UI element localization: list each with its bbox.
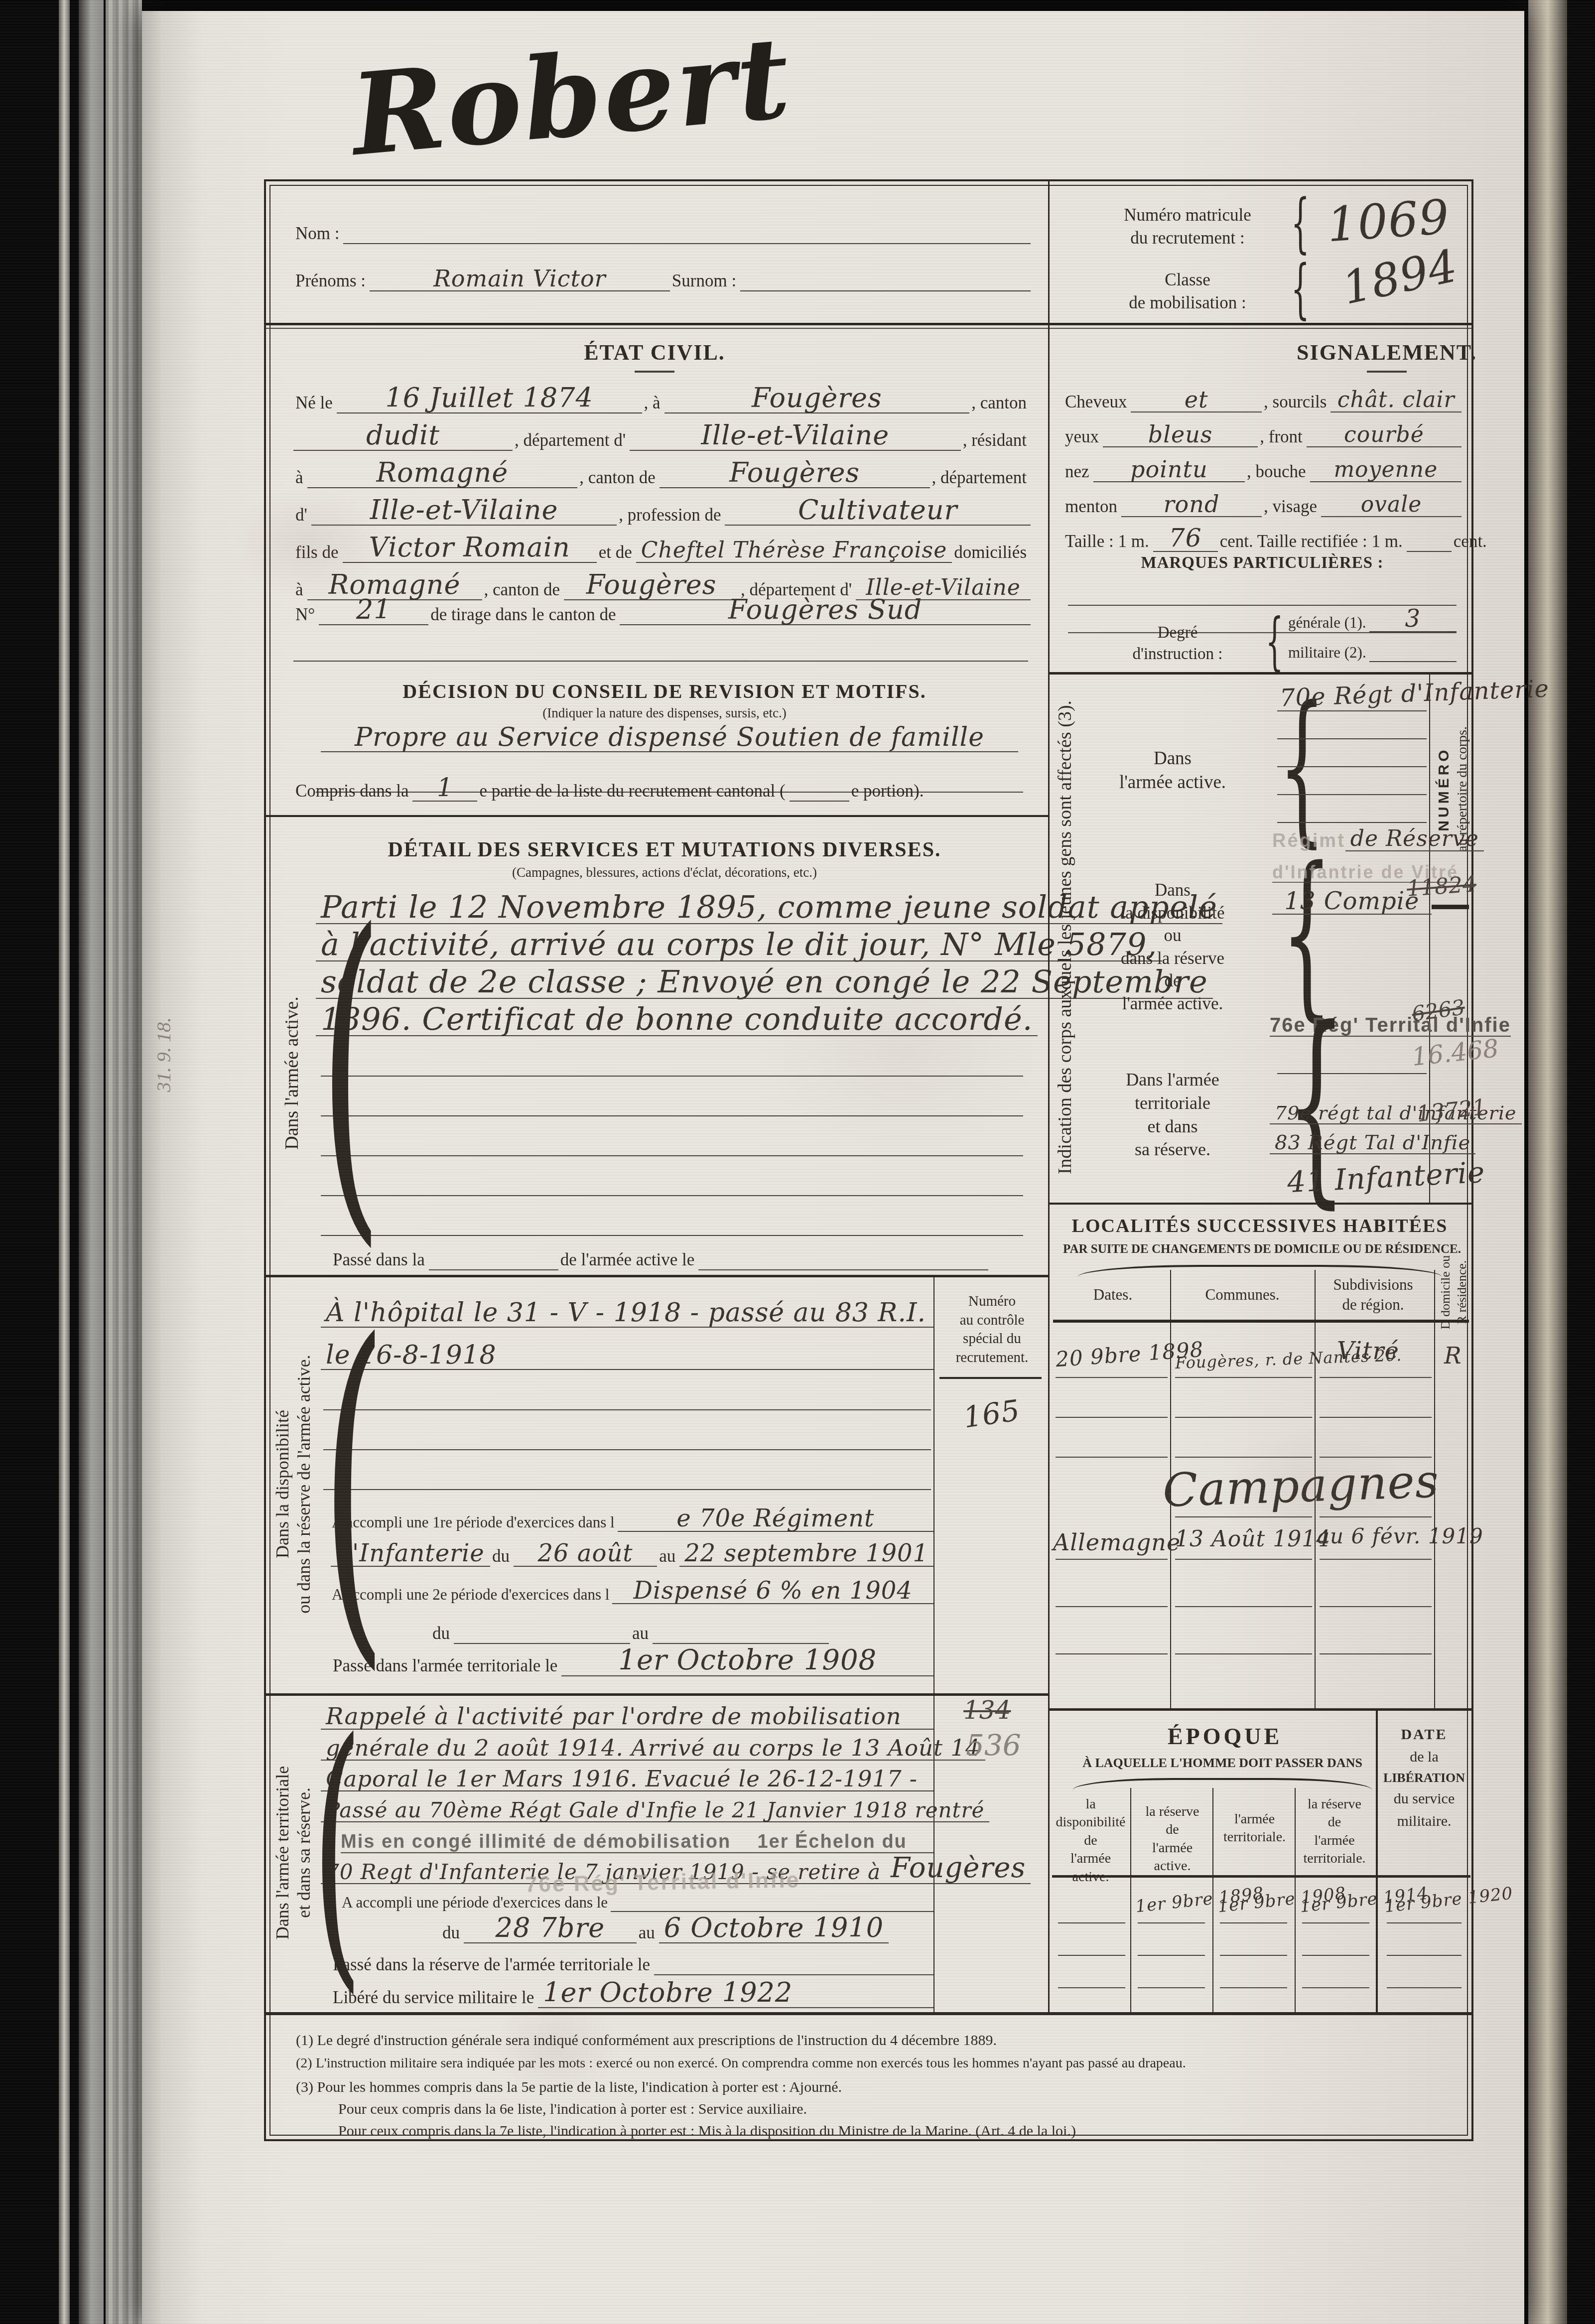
epoque-col4-l4: territoriale.	[1297, 1850, 1372, 1868]
side-label-territoriale: Dans l'armée territoriale et dans sa rés…	[272, 1706, 315, 2000]
epoque-values-line-4	[1302, 1922, 1369, 1923]
hopital-text-1: À l'hôpital le 31 - V - 1918 - passé au …	[321, 1299, 933, 1328]
periode2-value: Dispensé 6 % en 1904	[612, 1578, 933, 1604]
periode1-au-value: 22 septembre 1901	[679, 1541, 933, 1567]
birthplace-value: Fougères	[665, 384, 970, 413]
sig-row-1: Cheveux et , sourcils chât. clair	[1063, 380, 1462, 412]
rappele-text: Rappelé à l'activité par l'ordre de mobi…	[321, 1704, 933, 1730]
canton-value: dudit	[293, 421, 513, 451]
epoque-blank1-5	[1387, 1955, 1462, 1956]
main-column-divider	[1048, 181, 1050, 2012]
epoque-values-line-5	[1387, 1922, 1462, 1923]
services-line-4: 1896. Certificat de bonne conduite accor…	[316, 1003, 1023, 1036]
services-blank-3	[321, 1155, 1023, 1156]
dispo-blank-3	[323, 1489, 931, 1490]
localites-header-rule	[1053, 1320, 1469, 1323]
localites-col-dates: Dates.	[1058, 1285, 1168, 1305]
periode1-regiment: e 70e Régiment	[618, 1506, 933, 1532]
signalement-title: SIGNALEMENT.	[1237, 340, 1536, 365]
header-rule-inner	[266, 328, 1471, 329]
corps-dispo-label-4: dans la réserve	[1088, 947, 1257, 970]
passe-blank-2	[698, 1269, 988, 1270]
epoque-blank2-5	[1387, 1987, 1462, 1988]
ec-row-2: dudit , département d' Ille-et-Vilaine ,…	[293, 418, 1031, 451]
corps-active-label: Dans l'armée active.	[1088, 747, 1257, 795]
profession-value: Cultivateur	[725, 496, 1031, 526]
taille-value: 76	[1153, 525, 1218, 552]
localites-blank3-c	[1320, 1516, 1432, 1517]
residence-a-label: à	[293, 469, 307, 488]
dispo-brace: (	[321, 1297, 387, 1671]
marques-label: MARQUES PARTICULIÈRES :	[1088, 554, 1437, 572]
sig-row-5: Taille : 1 m. 76 cent. Taille rectifiée …	[1063, 519, 1462, 552]
front-label: , front	[1258, 428, 1307, 447]
subdiv-header-1: Subdivisions	[1317, 1275, 1429, 1295]
corps-active-line-3	[1277, 766, 1427, 767]
terr-periode-label: A accompli une période d'exercices dans …	[341, 1895, 611, 1912]
terr-margin-16468: 16.468	[1410, 1034, 1500, 1072]
cheveux-value: et	[1131, 388, 1262, 412]
terr-reserve-line	[654, 1974, 933, 1975]
compris-divider	[266, 815, 1048, 817]
epoque-date-divider	[1376, 1711, 1378, 2012]
services-text-4: 1896. Certificat de bonne conduite accor…	[316, 1003, 1038, 1036]
epoque-col4-l2: de	[1297, 1813, 1372, 1831]
echelon-stamp: 1er Échelon du	[731, 1832, 933, 1853]
classe-label-2: de mobilisation :	[1083, 291, 1292, 314]
tirage-blank-line	[293, 661, 1028, 662]
caporal-text: Caporal le 1er Mars 1916. Evacué le 26-1…	[321, 1767, 933, 1791]
periode2-du-label: du	[430, 1625, 454, 1644]
terr-row-3: Caporal le 1er Mars 1916. Evacué le 26-1…	[321, 1763, 933, 1791]
decision-title: DÉCISION DU CONSEIL DE REVISION ET MOTIF…	[341, 680, 988, 703]
sig-row-3: nez pointu , bouche moyenne	[1063, 449, 1462, 482]
tirage-label: de tirage dans le canton de	[428, 606, 620, 625]
prenoms-row: Prénoms : Romain Victor Surnom :	[293, 259, 1031, 291]
departement-label: , département d'	[513, 431, 630, 451]
generale-mobilisation-text: générale du 2 août 1914. Arrivé au corps…	[321, 1736, 985, 1761]
bouche-label: , bouche	[1245, 463, 1310, 482]
etat-civil-title: ÉTAT CIVIL.	[505, 340, 804, 365]
localites-r2-line-c	[1320, 1559, 1432, 1560]
degre-label: Degré d'instruction :	[1103, 622, 1252, 665]
signalement-title-rule	[1367, 371, 1407, 373]
localites-blank4-a	[1056, 1606, 1168, 1607]
terr-brace: (	[312, 1706, 363, 1995]
passe-territoriale-row: Passé dans l'armée territoriale le 1er O…	[331, 1643, 933, 1676]
tirage-no-value: 21	[319, 596, 428, 625]
book-edge-strip	[59, 0, 70, 2324]
compris-label-a: Compris dans la	[293, 782, 412, 802]
localites-r2-line-b	[1175, 1559, 1312, 1560]
epoque-col3-header: l'armée territoriale.	[1216, 1810, 1293, 1847]
departement-value: Ille-et-Vilaine	[630, 421, 961, 451]
degre-label-2: d'instruction :	[1103, 644, 1252, 665]
epoque-col1-l3: de	[1052, 1832, 1129, 1850]
corps-dispo-label: Dans la disponibilité ou dans la réserve…	[1088, 879, 1257, 1015]
libere-value: 1er Octobre 1922	[538, 1979, 933, 2008]
footnote-1: (1) Le degré d'instruction générale sera…	[296, 2032, 997, 2049]
decision-subtitle: (Indiquer la nature des dispenses, sursi…	[341, 705, 988, 721]
campagnes-annotation: Campagnes	[1162, 1454, 1440, 1517]
controle-label-3: spécial du	[938, 1330, 1046, 1349]
taille-rectifiee-label: cent. Taille rectifiée : 1 m.	[1218, 533, 1407, 552]
classe-label-1: Classe	[1083, 269, 1292, 291]
epoque-col1-l2: disponibilité	[1052, 1813, 1129, 1831]
bouche-value: moyenne	[1310, 458, 1462, 482]
epoque-date-l3: LIBÉRATION	[1379, 1768, 1469, 1787]
localites-r1-dr: R	[1444, 1342, 1462, 1369]
terr-margin-value: 536	[966, 1728, 1021, 1762]
front-value: courbé	[1307, 423, 1462, 447]
epoque-col2-l3: l'armée active.	[1134, 1839, 1211, 1876]
localites-col-dr: D domicile ou R résidence.	[1438, 1228, 1470, 1357]
terr-reserve-label: Passé dans la réserve de l'armée territo…	[331, 1956, 654, 1975]
epoque-values-line-2	[1138, 1922, 1205, 1923]
localites-r1-line-b	[1175, 1377, 1312, 1378]
surnom-label: Surnom :	[670, 272, 740, 291]
father-name-value: Victor Romain	[343, 534, 597, 563]
hopital-row-1: À l'hôpital le 31 - V - 1918 - passé au …	[321, 1295, 933, 1328]
retire-place-value: Fougères	[886, 1854, 1031, 1884]
controle-rule	[939, 1377, 1042, 1379]
nez-label: nez	[1063, 463, 1093, 482]
services-blank-5	[321, 1235, 1023, 1236]
fils-de-label: fils de	[293, 544, 343, 563]
mother-name-value: Cheftel Thérèse Françoise	[636, 539, 952, 563]
militaire-line	[1369, 661, 1457, 662]
matricule-label: Numéro matricule du recrutement :	[1083, 204, 1292, 249]
residence-canton-value: Fougères	[660, 459, 930, 488]
etat-civil-title-rule	[635, 371, 674, 373]
epoque-values-line-3	[1220, 1922, 1287, 1923]
terr-row-5: Mis en congé illimité de démobilisation …	[341, 1824, 933, 1853]
compris-label-c: e partie de la liste du recrutement cant…	[477, 782, 789, 802]
menton-label: menton	[1063, 498, 1121, 517]
passe-territoriale-value: 1er Octobre 1908	[561, 1646, 933, 1676]
cheveux-label: Cheveux	[1063, 393, 1131, 412]
compris-value: 1	[412, 775, 477, 802]
book-edge-strip	[79, 0, 104, 2324]
services-line-2: à l'activité, arrivé au corps le dit jou…	[316, 929, 1023, 961]
matricule-label-2: du recrutement :	[1083, 227, 1292, 250]
dispo-blank-2	[323, 1449, 931, 1450]
epoque-blank1-4	[1302, 1955, 1369, 1956]
visage-label: , visage	[1262, 498, 1321, 517]
prenoms-label: Prénoms :	[293, 272, 370, 291]
ec-row-4: d' Ille-et-Vilaine , profession de Culti…	[293, 493, 1031, 526]
matricule-form: Nom : Prénoms : Romain Victor Surnom : N…	[264, 179, 1473, 2141]
localites-blank5-a	[1056, 1653, 1168, 1654]
epoque-col2-header: la réserve de l'armée active.	[1134, 1803, 1211, 1876]
localites-col-communes: Communes.	[1178, 1285, 1307, 1305]
ec-row-3: à Romagné , canton de Fougères , départe…	[293, 455, 1031, 488]
terr-au-value: 6 Octobre 1910	[659, 1914, 889, 1943]
sourcils-value: chât. clair	[1330, 389, 1462, 412]
localites-blank2-a	[1056, 1457, 1168, 1458]
militaire-label: militaire (2).	[1287, 645, 1369, 662]
controle-col-divider	[933, 1277, 934, 2012]
corps-dispo-row-1: Régimt de Réserve	[1272, 821, 1432, 851]
epoque-col1-l4: l'armée active.	[1052, 1850, 1129, 1886]
libere-row: Libéré du service militaire le 1er Octob…	[331, 1977, 933, 2008]
epoque-col4-l3: l'armée	[1297, 1832, 1372, 1850]
localites-r1-line-a	[1056, 1377, 1168, 1378]
scanned-register-page: 31. 9. 18. Robert Nom : Prénoms : Romain…	[0, 0, 1595, 2324]
sig-row-4: menton rond , visage ovale	[1063, 484, 1462, 517]
services-blank-4	[321, 1195, 1023, 1196]
compris-label-d: e portion).	[849, 782, 928, 802]
localites-blank5-c	[1320, 1653, 1432, 1654]
epoque-col3-l2: territoriale.	[1216, 1828, 1293, 1846]
epoque-top-rule	[1048, 1708, 1471, 1711]
services-title: DÉTAIL DES SERVICES ET MUTATIONS DIVERSE…	[341, 838, 988, 862]
compris-row: Compris dans la 1 e partie de la liste d…	[293, 772, 971, 802]
epoque-blank2-1	[1058, 1987, 1125, 1988]
corps-side-label: Indication des corps auxquels les jeunes…	[1054, 675, 1076, 1200]
epoque-col4-header: la réserve de l'armée territoriale.	[1297, 1795, 1372, 1868]
degre-generale-row: générale (1). 3	[1287, 602, 1457, 632]
terr-row-1: Rappelé à l'activité par l'ordre de mobi…	[321, 1701, 933, 1730]
dispo-margin-number: 11824	[1406, 871, 1477, 902]
epoque-divider-1	[1130, 1788, 1131, 2012]
sourcils-label: , sourcils	[1262, 393, 1330, 412]
controle-label: Numéro au contrôle spécial du recrutemen…	[938, 1292, 1046, 1367]
matricule-label-1: Numéro matricule	[1083, 204, 1292, 227]
epoque-blank2-2	[1138, 1987, 1205, 1988]
dept-d-label: d'	[293, 506, 311, 526]
periode1-du-label: du	[490, 1547, 514, 1567]
localites-r2-subdiv: au 6 févr. 1919	[1317, 1524, 1483, 1548]
corps-side-label-text: Indication des corps auxquels les jeunes…	[1055, 700, 1075, 1174]
periode2-au-label: au	[630, 1625, 653, 1644]
services-blank-2	[321, 1115, 1023, 1116]
controle-label-4: recrutement.	[938, 1349, 1046, 1367]
epoque-flourish	[1073, 1778, 1372, 1790]
dispo-blank-1	[323, 1409, 931, 1410]
services-text-2: à l'activité, arrivé au corps le dit jou…	[316, 928, 1162, 961]
epoque-date-l1: DATE	[1379, 1723, 1469, 1746]
localites-blank3-b	[1175, 1516, 1312, 1517]
corps-terr-row-3: 83 Régt Tal d'Infie	[1270, 1125, 1434, 1154]
degre-label-1: Degré	[1103, 622, 1252, 644]
margin-note: 31. 9. 18.	[152, 997, 175, 1112]
canton-label: , canton	[969, 394, 1031, 413]
periode2-dates-row: du au	[430, 1611, 829, 1644]
prenoms-value: Romain Victor	[370, 267, 670, 291]
dr-header-2: R résidence.	[1454, 1228, 1470, 1357]
terr-dates-row: du 28 7bre au 6 Octobre 1910	[440, 1913, 889, 1943]
corps-dispo-label-6: l'armée active.	[1088, 992, 1257, 1015]
subdiv-header-2: de région.	[1317, 1295, 1429, 1315]
corps-active-label-2: l'armée active.	[1088, 771, 1257, 795]
ec-row-1: Né le 16 Juillet 1874 , à Fougères , can…	[293, 381, 1031, 413]
localites-blank4-b	[1175, 1606, 1312, 1607]
surnom-line	[740, 290, 1031, 291]
nom-line	[343, 243, 1031, 244]
passe-armee-active-label: de l'armée active le	[558, 1251, 699, 1270]
epoque-col2-l2: de	[1134, 1821, 1211, 1839]
residence-canton-label: , canton de	[577, 469, 660, 488]
conge-illimite-stamp: Mis en congé illimité de démobilisation	[341, 1832, 731, 1853]
terr-au-label: au	[637, 1924, 659, 1943]
services-text-3: soldat de 2e classe ; Envoyé en congé le…	[316, 965, 1213, 999]
footnote-4: Pour ceux compris dans la 6e liste, l'in…	[338, 2101, 807, 2118]
terr-83e-hw: 83 Régt Tal d'Infie	[1270, 1132, 1475, 1154]
signature-text: Robert	[346, 12, 797, 181]
localites-blank1-a	[1056, 1417, 1168, 1418]
epoque-date-l4: du service	[1379, 1787, 1469, 1810]
profession-label: , profession de	[617, 506, 725, 526]
epoque-col3-l1: l'armée	[1216, 1810, 1293, 1828]
corps-terr-label-1: Dans l'armée	[1088, 1068, 1257, 1092]
taille-rectifiee-line	[1407, 551, 1452, 552]
dr-header-1: D domicile ou	[1438, 1228, 1454, 1357]
communes-header: Communes.	[1178, 1285, 1307, 1305]
periode2-row: A accompli une 2e période d'exercices da…	[331, 1571, 933, 1604]
footnote-5: Pour ceux compris dans la 7e liste, l'in…	[338, 2123, 1076, 2140]
corps-dispo-label-2: la disponibilité	[1088, 902, 1257, 925]
epoque-col2-l1: la réserve	[1134, 1803, 1211, 1821]
epoque-date-l2: de la	[1379, 1746, 1469, 1768]
armee-active-brace: (	[319, 889, 382, 1247]
book-edge-strip	[106, 0, 142, 2324]
services-line-1: Parti le 12 Novembre 1895, comme jeune s…	[316, 891, 1023, 924]
epoque-values-line-1	[1058, 1922, 1125, 1923]
corps-active-line-2	[1277, 738, 1427, 739]
hopital-text-2: le 16-8-1918	[321, 1342, 933, 1370]
localites-r2-date: Allemagne	[1053, 1529, 1181, 1556]
passe-blank-1	[429, 1269, 558, 1270]
residence-dept-value: Ille-et-Vilaine	[311, 496, 617, 526]
services-text-1: Parti le 12 Novembre 1895, comme jeune s…	[316, 891, 1222, 924]
side-label-terr-1: Dans l'armée territoriale	[272, 1706, 293, 2000]
localites-r1-line-c	[1320, 1377, 1432, 1378]
localites-col-subdiv: Subdivisions de région.	[1317, 1275, 1429, 1315]
visage-value: ovale	[1321, 493, 1462, 517]
tirage-canton-value: Fougères Sud	[620, 596, 1031, 625]
nom-label: Nom :	[293, 225, 343, 244]
nez-value: pointu	[1093, 457, 1245, 482]
epoque-blank1-3	[1220, 1955, 1287, 1956]
terr-row-4: Passé au 70ème Régt Gale d'Infie le 21 J…	[321, 1793, 933, 1822]
terr-du-label: du	[440, 1924, 464, 1943]
corps-active-line-1	[1277, 710, 1427, 711]
dates-header: Dates.	[1058, 1285, 1168, 1305]
corps-active-line-4	[1277, 794, 1427, 795]
a-label: , à	[642, 394, 665, 413]
localites-blank2-b	[1175, 1457, 1312, 1458]
side-label-armee-active-text: Dans l'armée active.	[281, 996, 302, 1150]
localites-blank5-b	[1175, 1653, 1312, 1654]
services-subtitle: (Campagnes, blessures, actions d'éclat, …	[341, 865, 988, 880]
passe-70e-text: Passé au 70ème Régt Gale d'Infie le 21 J…	[321, 1799, 989, 1822]
reserve-hw: de Réserve	[1345, 827, 1484, 851]
corps-dispo-label-5: de	[1088, 969, 1257, 992]
localites-r2-line-a	[1056, 1559, 1168, 1560]
tirage-row: N° 21 de tirage dans le canton de Fougèr…	[293, 592, 1031, 625]
epoque-date-l5: militaire.	[1379, 1810, 1469, 1832]
epoque-date-header: DATE de la LIBÉRATION du service militai…	[1379, 1723, 1469, 1832]
header-rule	[266, 323, 1471, 325]
generale-label: générale (1).	[1287, 615, 1369, 632]
controle-label-1: Numéro	[938, 1292, 1046, 1311]
localites-subtitle: PAR SUITE DE CHANGEMENTS DE DOMICILE OU …	[1063, 1242, 1457, 1256]
taille-label: Taille : 1 m.	[1063, 533, 1153, 552]
ne-le-label: Né le	[293, 394, 337, 413]
margin-note-text: 31. 9. 18.	[152, 1017, 175, 1092]
terr-row-2: générale du 2 août 1914. Arrivé au corps…	[321, 1732, 933, 1761]
terr-margin-crossed: 134	[963, 1696, 1011, 1725]
matricule-brace: {	[1291, 190, 1310, 255]
domicilies-label: domiciliés	[952, 544, 1031, 563]
et-de-label: et de	[597, 544, 636, 563]
epoque-blank1-1	[1058, 1955, 1125, 1956]
cent-label: cent.	[1452, 533, 1491, 552]
degre-militaire-row: militaire (2).	[1287, 632, 1457, 662]
classe-label: Classe de mobilisation :	[1083, 269, 1292, 314]
localites-r1-subdiv: Vitré	[1337, 1337, 1399, 1365]
regiment-stamp: Régimt	[1272, 831, 1345, 851]
epoque-blank1-2	[1138, 1955, 1205, 1956]
footnote-2: (2) L'instruction militaire sera indiqué…	[296, 2055, 1186, 2071]
ec-row-5: fils de Victor Romain et de Cheftel Thér…	[293, 530, 1031, 563]
paper-sheet: 31. 9. 18. Robert Nom : Prénoms : Romain…	[142, 11, 1524, 2324]
localites-blank4-c	[1320, 1606, 1432, 1607]
side-label-disponibilite: Dans la disponibilité ou dans la réserve…	[272, 1287, 315, 1681]
services-line-3: soldat de 2e classe ; Envoyé en congé le…	[316, 966, 1023, 999]
decision-row: Propre au Service dispensé Soutien de fa…	[321, 719, 1018, 752]
epoque-blank2-4	[1302, 1987, 1369, 1988]
epoque-blank2-3	[1220, 1987, 1287, 1988]
portion-line	[790, 801, 849, 802]
footnote-3: (3) Pour les hommes compris dans la 5e p…	[296, 2079, 842, 2096]
degre-brace: {	[1266, 611, 1284, 673]
localites-blank1-b	[1175, 1417, 1312, 1418]
epoque-col1-l1: la	[1052, 1795, 1129, 1813]
residant-label: , résidant	[961, 431, 1031, 451]
periode1-row-2: d'Infanterie du 26 août au 22 septembre …	[331, 1534, 933, 1567]
localites-blank1-c	[1320, 1417, 1432, 1418]
yeux-label: yeux	[1063, 428, 1103, 447]
epoque-header-rule	[1052, 1875, 1470, 1878]
nom-row: Nom :	[293, 211, 1031, 244]
corps-terr-row-2: 79e régt tal d'infanterie	[1270, 1095, 1434, 1124]
epoque-col1-header: la disponibilité de l'armée active.	[1052, 1795, 1129, 1886]
periode1-au-label: au	[657, 1547, 679, 1567]
periode1-du-value: 26 août	[514, 1541, 657, 1567]
tirage-no-label: N°	[293, 606, 319, 625]
corps-active-label-1: Dans	[1088, 747, 1257, 771]
corps-box-bottom-rule	[1048, 1203, 1471, 1205]
corps-dispo-label-3: ou	[1088, 924, 1257, 947]
sig-row-2: yeux bleus , front courbé	[1063, 414, 1462, 447]
passe-active-row: Passé dans la de l'armée active le	[331, 1237, 988, 1270]
corps-terr-label-3: et dans	[1088, 1115, 1257, 1138]
periode1-row-1: A accompli une 1re période d'exercices d…	[331, 1499, 933, 1532]
side-label-dispo-2: ou dans la réserve de l'armée active.	[293, 1287, 315, 1681]
decision-value: Propre au Service dispensé Soutien de fa…	[321, 724, 1018, 752]
localites-title: LOCALITÉS SUCCESSIVES HABITÉES	[1063, 1215, 1457, 1237]
epoque-title: ÉPOQUE	[1113, 1723, 1337, 1750]
corps-dispo-label-1: Dans	[1088, 879, 1257, 902]
residence-value: Romagné	[307, 459, 578, 488]
generale-value: 3	[1369, 606, 1457, 632]
corps-terr-label-4: sa réserve.	[1088, 1138, 1257, 1161]
corps-terr-label: Dans l'armée territoriale et dans sa rés…	[1088, 1068, 1257, 1161]
terr-reserve-row: Passé dans la réserve de l'armée territo…	[331, 1947, 933, 1975]
yeux-value: bleus	[1103, 422, 1258, 447]
